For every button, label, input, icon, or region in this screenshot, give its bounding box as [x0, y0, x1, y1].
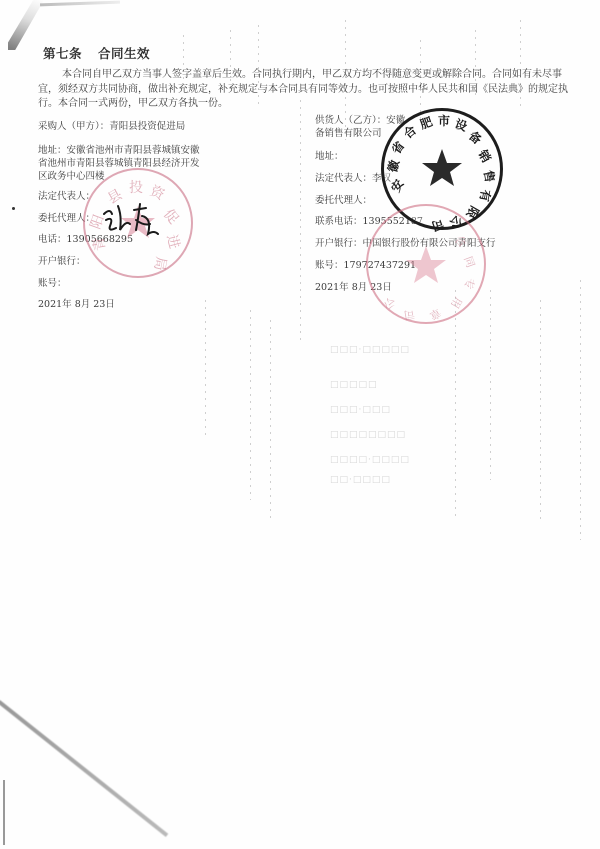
svg-text:司: 司	[403, 307, 416, 322]
party-b-phone: 联系电话：1395552187	[315, 215, 423, 228]
party-a-agent: 委托代理人：	[38, 212, 95, 225]
scan-streak	[270, 320, 271, 520]
scan-streak	[250, 310, 251, 500]
party-b-account: 账号：179727437291	[315, 259, 416, 272]
party-a-buyer: 采购人（甲方）：青阳县投资促进局	[38, 120, 185, 133]
bleed-through-text: □□□·□□□□□	[330, 345, 410, 355]
legal-rep-label: 法定代表人：	[38, 191, 95, 202]
folded-corner-shadow	[8, 0, 44, 50]
address-label: 地址：	[315, 151, 344, 162]
buyer-label: 采购人（甲方）：	[38, 121, 109, 132]
supplier-value-line1: 安徽	[386, 115, 405, 126]
date-value: 2021年 8月 23日	[315, 282, 392, 293]
legal-rep-label: 法定代表人：	[315, 173, 372, 184]
handwritten-signature	[100, 200, 160, 240]
legal-rep-value: 李权	[372, 173, 391, 184]
article-number: 第七条	[43, 46, 82, 61]
scanned-contract-page: □□□·□□□□□ □□□□□ □□□·□□□ □□□□□□□□ □□□□·□□…	[0, 0, 600, 849]
address-label: 地址：	[38, 145, 67, 156]
party-b-legal-rep: 法定代表人：李权	[315, 172, 391, 185]
effectiveness-clause: 本合同自甲乙双方当事人签字盖章后生效。合同执行期内，甲乙双方均不得随意变更或解除…	[38, 68, 578, 112]
scan-streak	[490, 290, 491, 480]
account-value: 179727437291	[344, 260, 417, 271]
bleed-through-text: □□□□□	[330, 380, 378, 390]
svg-text:章: 章	[427, 305, 444, 323]
party-b-bank: 开户银行：中国银行股份有限公司青阳支行	[315, 237, 496, 250]
scan-streak	[205, 300, 206, 440]
bleed-through-text: □□□□□□□□	[330, 430, 406, 440]
party-b-date: 2021年 8月 23日	[315, 281, 392, 294]
phone-label: 电话：	[38, 234, 67, 245]
bleed-through-text: □□□□·□□□□	[330, 455, 410, 465]
scan-streak	[580, 280, 581, 540]
date-value: 2021年 8月 23日	[38, 299, 115, 310]
phone-label: 联系电话：	[315, 216, 363, 227]
party-a-address: 地址：安徽省池州市青阳县蓉城镇安徽省池州市青阳县蓉城镇青阳县经济开发区政务中心四…	[38, 144, 208, 183]
left-edge-shadow	[3, 780, 5, 845]
party-a-legal-rep: 法定代表人：	[38, 190, 95, 203]
party-b-supplier-line2: 备销售有限公司	[315, 127, 382, 140]
party-b-agent: 委托代理人：	[315, 194, 372, 207]
agent-label: 委托代理人：	[315, 195, 372, 206]
party-b-address: 地址：	[315, 150, 344, 163]
phone-value: 1395552187	[363, 216, 423, 227]
scan-streak	[540, 300, 541, 520]
bank-value: 中国银行股份有限公司青阳支行	[363, 238, 496, 249]
article-heading: 第七条合同生效	[43, 44, 150, 62]
bleed-through-text: □□·□□□□	[330, 475, 391, 485]
scan-streak	[455, 290, 456, 520]
bank-label: 开户银行：	[315, 238, 363, 249]
party-a-date: 2021年 8月 23日	[38, 298, 115, 311]
supplier-label: 供货人（乙方）：	[315, 115, 386, 126]
ink-dot	[12, 207, 15, 210]
diagonal-fold-line	[0, 700, 168, 837]
buyer-value: 青阳县投资促进局	[109, 121, 185, 132]
top-edge-shadow	[40, 1, 120, 7]
account-label: 账号：	[315, 260, 344, 271]
account-label: 账号：	[38, 278, 67, 289]
bank-label: 开户银行：	[38, 256, 86, 267]
supplier-value-line2: 备销售有限公司	[315, 128, 382, 139]
party-a-bank: 开户银行：	[38, 255, 86, 268]
bleed-through-text: □□□·□□□	[330, 405, 391, 415]
article-title: 合同生效	[98, 46, 150, 61]
party-b-block: 供货人（乙方）：安徽 备销售有限公司 地址： 法定代表人：李权 委托代理人： 联…	[315, 114, 545, 304]
agent-label: 委托代理人：	[38, 213, 95, 224]
scan-streak	[300, 100, 301, 340]
party-a-account: 账号：	[38, 277, 67, 290]
party-b-supplier: 供货人（乙方）：安徽	[315, 114, 405, 127]
